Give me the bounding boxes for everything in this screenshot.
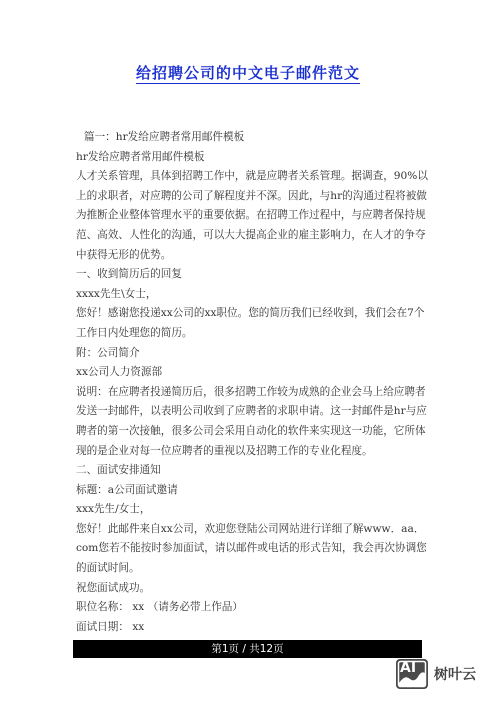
watermark-logo-text: AI — [400, 660, 416, 676]
email-subject: 标题：a公司面试邀请 — [70, 481, 428, 501]
paragraph-intro: 人才关系管理，具体到招聘工作中，就是应聘者关系管理。据调查，90%以上的求职者，… — [70, 167, 428, 265]
document-title: 给招聘公司的中文电子邮件范文 — [0, 64, 496, 84]
section-heading: 篇一：hr发给应聘者常用邮件模板 — [70, 128, 428, 148]
document-title-text: 给招聘公司的中文电子邮件范文 — [136, 65, 360, 84]
subheading: hr发给应聘者常用邮件模板 — [70, 148, 428, 168]
section-heading-1: 一、收到简历后的回复 — [70, 265, 428, 285]
page-indicator-text: 第1页 / 共12页 — [211, 643, 283, 655]
salutation-2: xxx先生/女士， — [70, 500, 428, 520]
section-heading-2: 二、面试安排通知 — [70, 461, 428, 481]
page-indicator-bar: 第1页 / 共12页 — [73, 640, 422, 658]
document-page: 给招聘公司的中文电子邮件范文 篇一：hr发给应聘者常用邮件模板 hr发给应聘者常… — [0, 0, 496, 702]
closing-line: 祝您面试成功。 — [70, 579, 428, 599]
paragraph-explanation: 说明：在应聘者投递简历后，很多招聘工作较为成熟的企业会马上给应聘者发送一封邮件，… — [70, 383, 428, 461]
document-body: 篇一：hr发给应聘者常用邮件模板 hr发给应聘者常用邮件模板 人才关系管理，具体… — [70, 128, 428, 637]
attachment-line: 附：公司简介 — [70, 344, 428, 364]
salutation: xxxx先生\女士， — [70, 285, 428, 305]
paragraph-interview: 您好！此邮件来自xx公司，欢迎您登陆公司网站进行详细了解www．aa．com您若… — [70, 520, 428, 579]
position-name-line: 职位名称： xx （请务必带上作品） — [70, 598, 428, 618]
watermark: AI 树叶云 — [396, 657, 476, 691]
interview-date-line: 面试日期： xx — [70, 618, 428, 638]
watermark-brand-name: 树叶云 — [434, 664, 476, 684]
ai-image-logo-icon: AI — [396, 659, 428, 689]
signature-line: xx公司人力资源部 — [70, 363, 428, 383]
paragraph-reply: 您好！感谢您投递xx公司的xx职位。您的简历我们已经收到，我们会在7个工作日内处… — [70, 304, 428, 343]
